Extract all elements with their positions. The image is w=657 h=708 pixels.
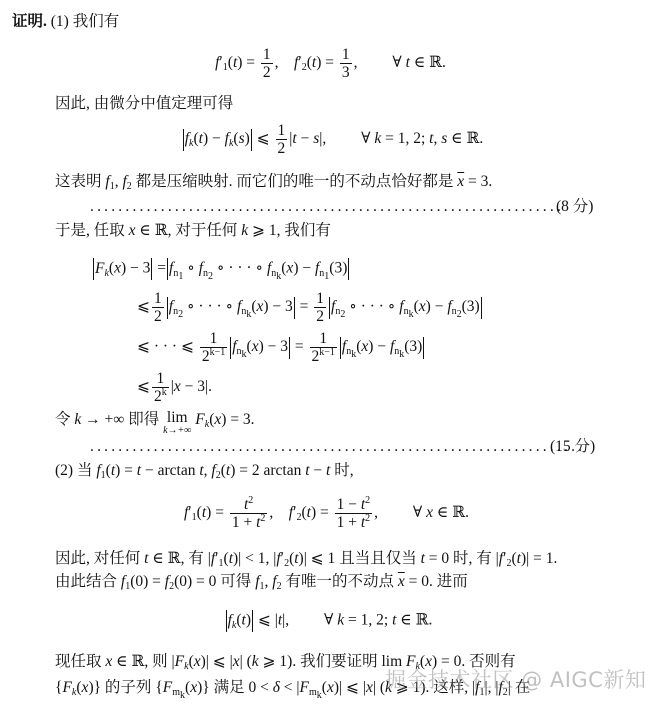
proof-label: 证明.: [12, 13, 47, 30]
score-line-2: ........................................…: [90, 437, 585, 457]
equation-abs-bound: fk(t) ⩽ |t|, ∀ k = 1, 2; t ∈ ℝ.: [0, 610, 657, 632]
equation-derivatives-part1: f′1(t) = 12, f′2(t) = 13, ∀ t ∈ ℝ.: [2, 46, 657, 81]
part2-intro: (2) 当 f1(t) = t − arctan t, f2(t) = 2 ar…: [55, 461, 354, 481]
text-contraction-mapping: 这表明 f1, f2 都是压缩映射. 而它们的唯一的不动点恰好都是 x = 3.: [55, 172, 492, 192]
score-line-1: ........................................…: [90, 197, 564, 217]
chain-line-2: ⩽12fn2 ∘ · · · ∘ fnk(x) − 3 = 12fn2 ∘ · …: [137, 290, 483, 325]
equation-derivatives-part2: f′1(t) = t21 + t2, f′2(t) = 1 − t21 + t2…: [0, 496, 655, 531]
chain-line-3: ⩽ · · · ⩽ 12k−1fnk(x) − 3 = 12k−1fnk(x) …: [137, 330, 425, 365]
text-take-x: 于是, 任取 x ∈ ℝ, 对于任何 k ⩾ 1, 我们有: [55, 221, 331, 241]
part1-intro: (1) 我们有: [47, 13, 119, 30]
equation-lipschitz: fk(t) − fk(s) ⩽ 12|t − s|, ∀ k = 1, 2; t…: [4, 122, 657, 157]
text-derivative-bounds: 因此, 对任何 t ∈ ℝ, 有 |f′1(t)| < 1, |f′2(t)| …: [55, 549, 557, 569]
proof-heading: 证明. (1) 我们有: [12, 12, 119, 32]
score-8: (8 分): [556, 197, 593, 217]
text-limit-part1: 令 k → +∞ 即得 limk→+∞ Fk(x) = 3.: [55, 410, 255, 436]
text-fixed-point: 由此结合 f1(0) = f2(0) = 0 可得 f1, f2 有唯一的不动点…: [55, 572, 468, 592]
chain-line-1: Fk(x) − 3 =fn1 ∘ fn2 ∘ · · · ∘ fnk(x) − …: [92, 258, 350, 280]
text-mean-value-theorem: 因此, 由微分中值定理可得: [55, 94, 233, 114]
score-15: (15 分): [550, 437, 595, 457]
watermark: 掘金技术社区 @ AIGC新知: [385, 664, 646, 694]
chain-line-4: ⩽12k|x − 3|.: [137, 370, 212, 405]
